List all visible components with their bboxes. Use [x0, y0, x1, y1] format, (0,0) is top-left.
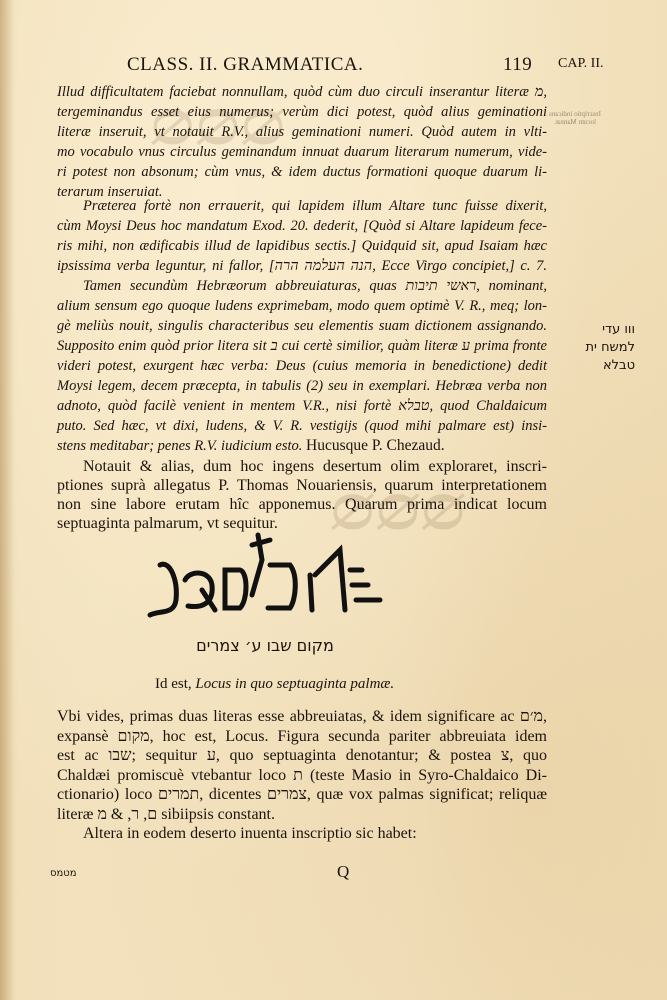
margin-hebrew-line: טבלא: [555, 357, 635, 375]
text-fragment: stens meditabar; penes R.V. iudicium est…: [57, 438, 302, 454]
gutter-shadow: [0, 0, 14, 1000]
text-line: Moysi legem, decem præcepta, in tabulis …: [57, 376, 547, 396]
text-line: tergeminandus esset eius numerus; verùm …: [57, 102, 547, 122]
margin-hebrew: ווו עדי למשח ית טבלא: [555, 321, 635, 375]
book-page: ᴓᴓᴓ ᴓᴓᴓ CLASS. II. GRAMMATICA. 119 CAP. …: [0, 0, 667, 1000]
inscription-glyphs-icon: [140, 530, 440, 620]
paragraph-3: Tamen secundùm Hebræorum abbreuiaturas, …: [57, 276, 547, 456]
text-fragment: Hucusque P. Chezaud.: [306, 437, 445, 454]
margin-hebrew-line: למשח ית: [555, 339, 635, 357]
text-line: expansè מקום, hoc est, Locus. Figura sec…: [57, 727, 547, 747]
text-line: Tamen secundùm Hebræorum abbreuiaturas, …: [57, 276, 547, 296]
text-line: ri potest non absonum; cùm vnus, & idem …: [57, 162, 547, 182]
text-line: ipsissima verba leguntur, ni fallor, [הנ…: [57, 256, 547, 276]
text-line: Chaldæi promiscuè vtebantur loco ת (test…: [57, 766, 547, 786]
paragraph-2: Præterea fortè non errauerit, qui lapide…: [57, 196, 547, 276]
text-line: ris mihi, non ædificabis illud de lapidi…: [57, 236, 547, 256]
translation-text: Locus in quo septuaginta palmæ.: [195, 676, 394, 692]
text-line: mo vocabulo vnus circulus geminandum inn…: [57, 142, 547, 162]
text-line: puto. Sed hæc, vt dixi, ludens, & V. R. …: [57, 416, 547, 436]
paragraph-4: Notauit & alias, dum hoc ingens desertum…: [57, 457, 547, 533]
running-title: CLASS. II. GRAMMATICA.: [127, 54, 363, 76]
text-line: Notauit & alias, dum hoc ingens desertum…: [57, 457, 547, 476]
catchword: Q: [337, 862, 349, 882]
text-line: literæ inseruit, vt notauit R.V., alius …: [57, 122, 547, 142]
text-line: Supposito enim quòd prior litera sit ב c…: [57, 336, 547, 356]
text-line: literæ ם, ר, & מ sibiipsis constant.: [57, 805, 547, 825]
page-number: 119: [503, 54, 532, 76]
page-header: CLASS. II. GRAMMATICA. 119 CAP. II.: [30, 54, 667, 78]
text-line: stens meditabar; penes R.V. iudicium est…: [57, 436, 547, 456]
text-line: gè meliùs nouit, singulis characteribus …: [57, 316, 547, 336]
text-line: est ac שבו; sequitur ע, quo septuaginta …: [57, 746, 547, 766]
margin-hebrew-line: ווו עדי: [555, 321, 635, 339]
text-line: alium sensum ego quoque ludens exprimeba…: [57, 296, 547, 316]
inscription-figure: [140, 530, 440, 620]
text-line: ptiones suprà allegatus P. Thomas Nouari…: [57, 476, 547, 495]
text-line: ctionario) loco תמרים, dicentes צמרים, q…: [57, 785, 547, 805]
text-line: adnoto, quòd facilè venient in mentem V.…: [57, 396, 547, 416]
hebrew-transcription: מקום שבו ע׳ צמרים: [185, 636, 345, 655]
inscription-translation: Id est, Locus in quo septuaginta palmæ.: [155, 676, 394, 693]
text-line: Vbi vides, primas duas literas esse abbr…: [57, 707, 547, 727]
margin-note: Inscriptio indicans locum Mannæ.: [545, 110, 605, 126]
translation-prefix: Id est,: [155, 676, 192, 692]
paragraph-5: Vbi vides, primas duas literas esse abbr…: [57, 707, 547, 844]
text-line: non sine labore erutam hîc apponemus. Qu…: [57, 495, 547, 514]
text-line: Illud difficultatem faciebat nonnullam, …: [57, 82, 547, 102]
text-line: Altera in eodem deserto inuenta inscript…: [57, 824, 547, 844]
signature-mark: מטמס: [50, 868, 77, 879]
text-line: Præterea fortè non errauerit, qui lapide…: [57, 196, 547, 216]
chapter-label: CAP. II.: [558, 56, 604, 72]
text-line: cùm Moysi Deus hoc mandatum Exod. 20. de…: [57, 216, 547, 236]
text-line: videri potest, exurgent hæc verba: Deus …: [57, 356, 547, 376]
paragraph-1: Illud difficultatem faciebat nonnullam, …: [57, 82, 547, 202]
